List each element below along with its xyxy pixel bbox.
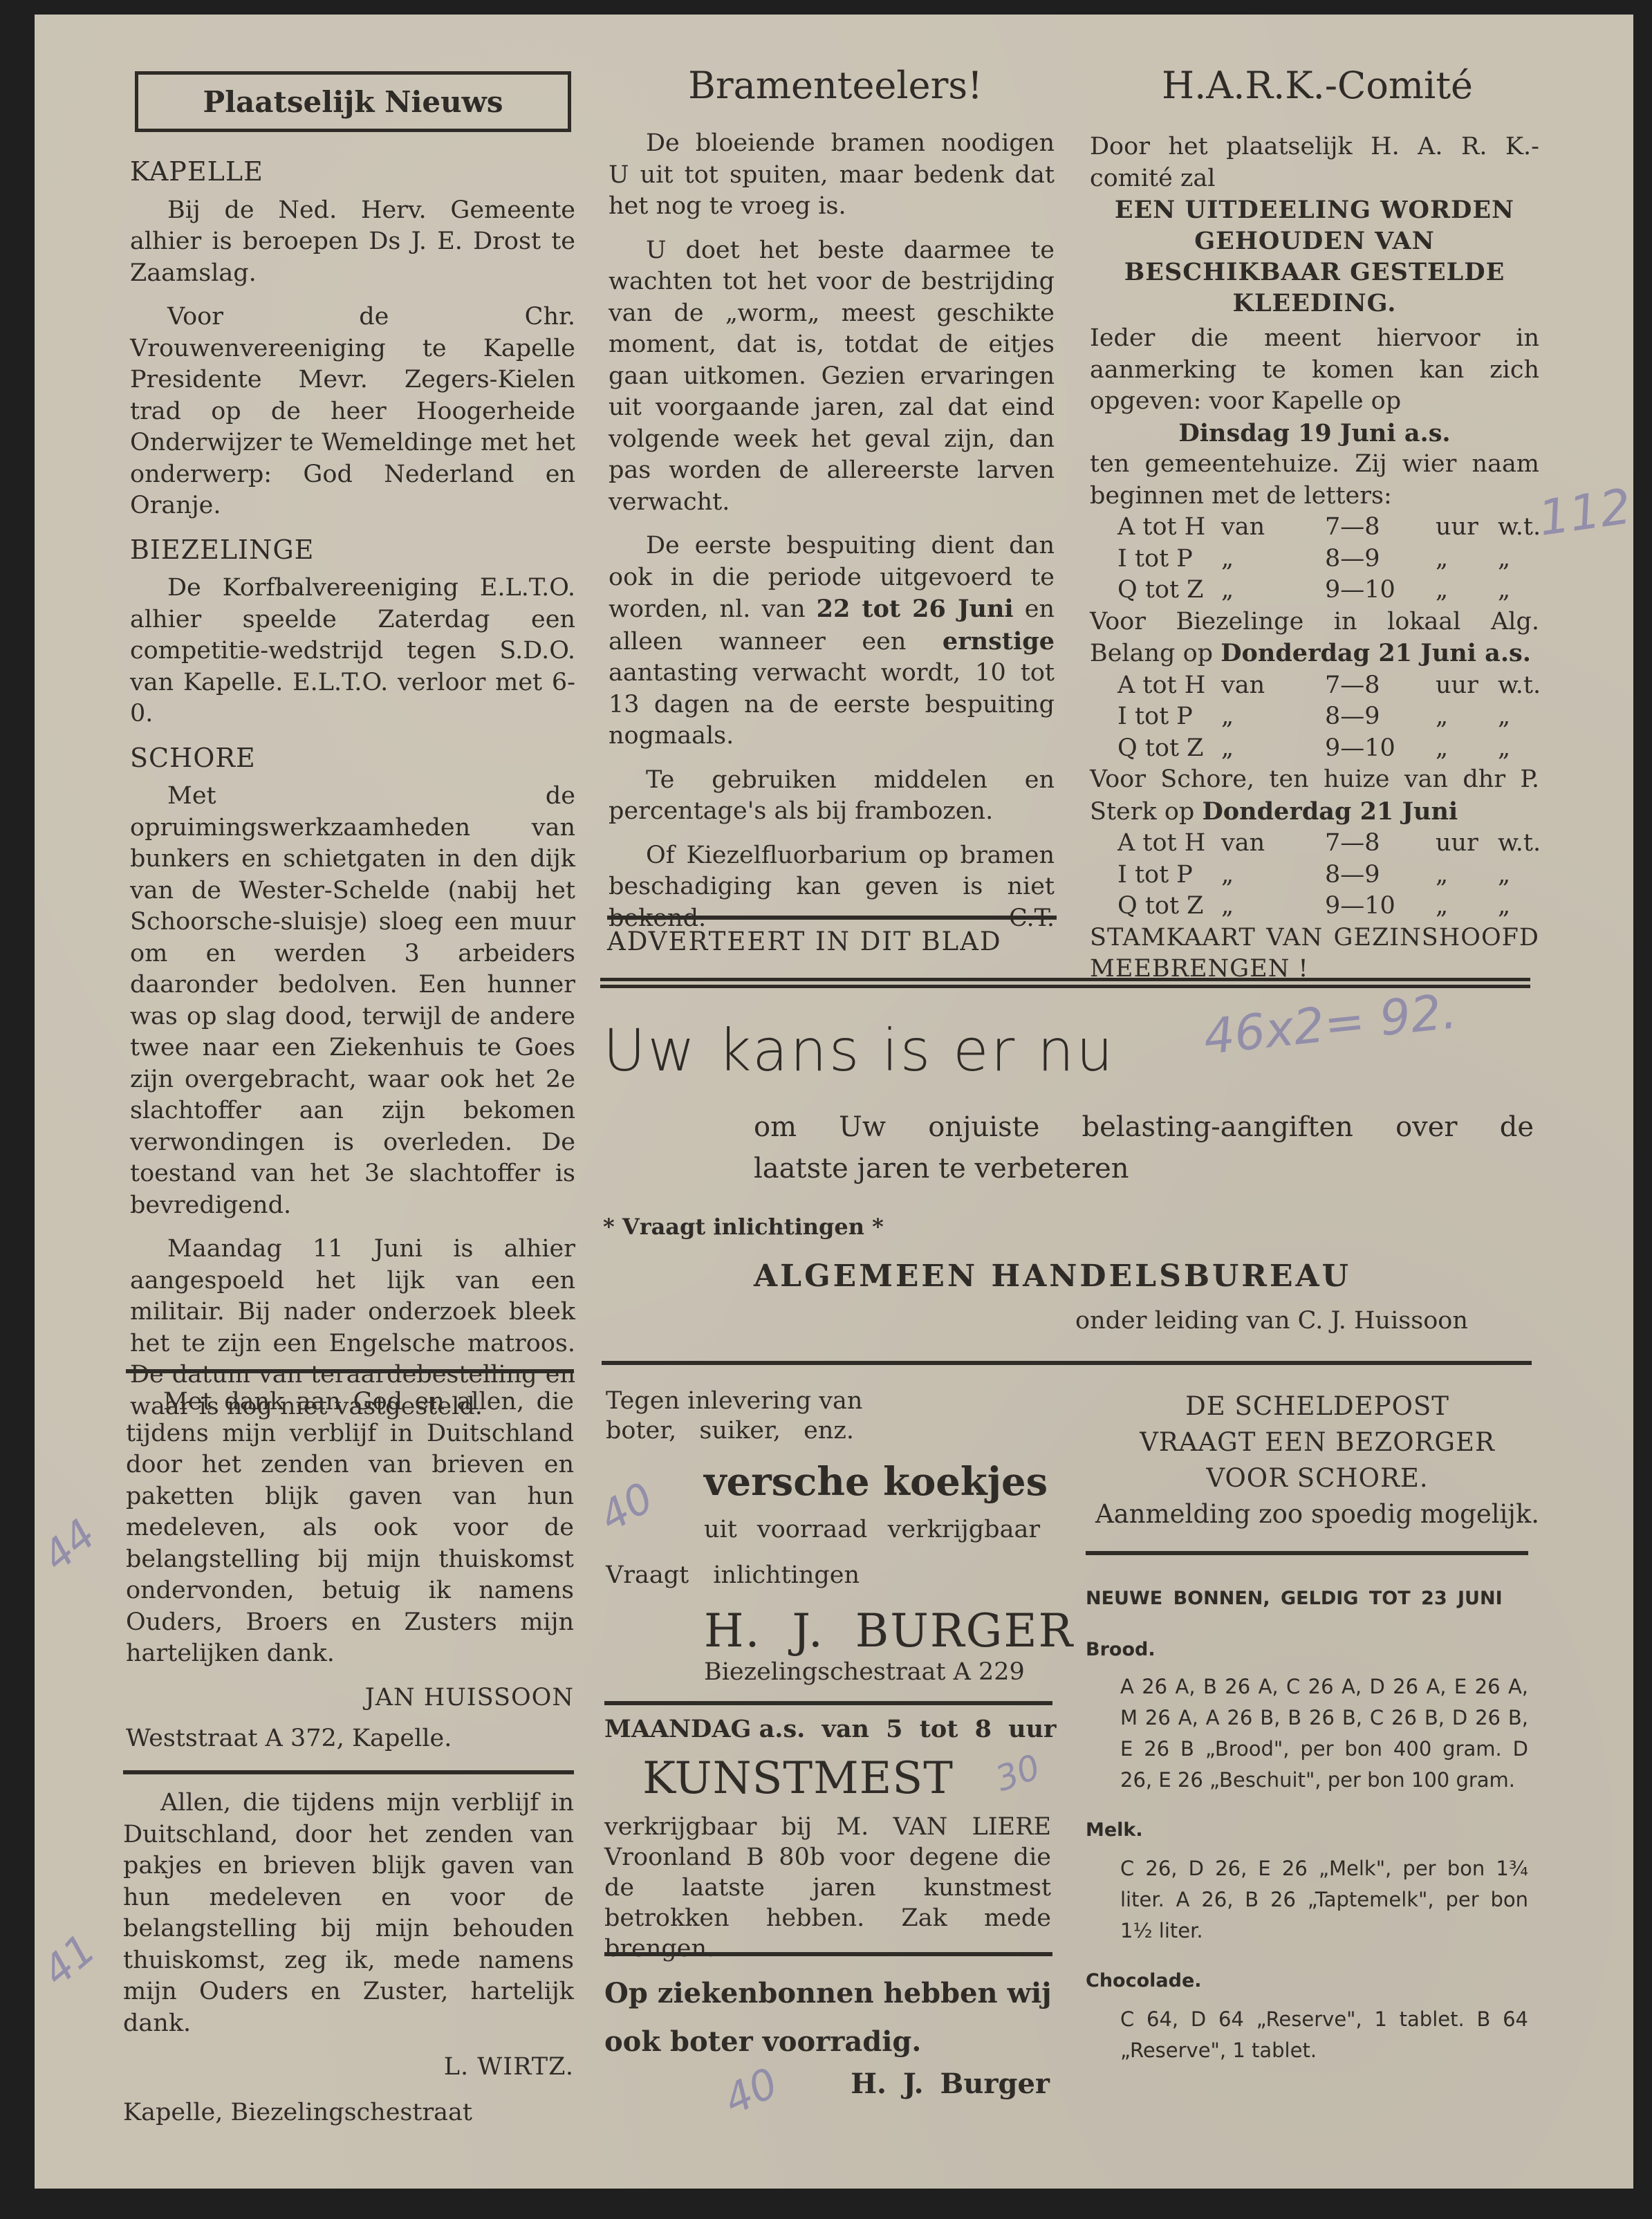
article-paragraph: De bloeiende bramen noodigen U uit tot s…: [609, 128, 1055, 223]
ziekenbonnen-signature: H. J. Burger: [604, 2068, 1050, 2100]
scheldepost-notice: DE SCHELDEPOST VRAAGT EEN BEZORGER VOOR …: [1086, 1389, 1549, 1532]
advertise-banner: ADVERTEERT IN DIT BLAD: [607, 927, 1057, 956]
ad-company-name: ALGEMEEN HANDELSBUREAU: [754, 1259, 1351, 1294]
local-news-column: KAPELLE Bij de Ned. Herv. Gemeente alhie…: [130, 154, 575, 1435]
divider: [604, 1701, 1052, 1705]
time: 7—8: [1325, 828, 1436, 860]
suffix: „: [1498, 544, 1560, 575]
letter-range: Q tot Z: [1117, 575, 1221, 606]
text: verkrijgbaar bij M. VAN LIERE Vroonland …: [604, 1812, 1051, 1964]
time: 7—8: [1325, 512, 1436, 544]
time: 8—9: [1325, 701, 1436, 733]
article-paragraph: De eerste bespuiting dient dan ook in di…: [609, 530, 1055, 752]
seller-address: Biezelingschestraat A 229: [704, 1658, 1025, 1686]
hark-notice: Door het plaatselijk H. A. R. K.-comité …: [1090, 131, 1539, 985]
hark-intro: Door het plaatselijk H. A. R. K.-comité …: [1090, 131, 1539, 194]
unit: uur: [1436, 828, 1498, 860]
letter-range: Q tot Z: [1117, 733, 1221, 765]
bon-details: C 64, D 64 „Reserve", 1 tablet. B 64 „Re…: [1120, 2004, 1528, 2066]
bon-category-melk: Melk.: [1086, 1819, 1528, 1841]
prep: van: [1221, 670, 1325, 702]
news-item: Voor de Chr. Vrouwenvereeniging te Kapel…: [130, 301, 575, 522]
bold-dates: 22 tot 26 Juni: [817, 595, 1014, 623]
divider: [123, 1770, 574, 1774]
news-item: Met de opruimingswerkzaamheden van bunke…: [130, 781, 575, 1221]
prep: „: [1221, 860, 1325, 891]
kapelle-date: Dinsdag 19 Juni a.s.: [1090, 418, 1539, 449]
text: Tegen inlevering van: [606, 1386, 862, 1416]
ad-subline: om Uw onjuiste belasting-aangiften over …: [754, 1106, 1534, 1148]
text: ook boter voorradig.: [604, 2018, 1052, 2066]
thanks-notice-huissoon: Met dank aan God en allen, die tijdens m…: [126, 1386, 574, 1755]
hark-closing: STAMKAART VAN GEZINSHOOFD MEEBRENGEN !: [1090, 922, 1539, 985]
schedule-schore: A tot Hvan7—8uurw.t. I tot P„8—9„„ Q tot…: [1090, 828, 1539, 922]
schedule-kapelle: A tot Hvan7—8uurw.t. I tot P„8—9„„ Q tot…: [1090, 512, 1539, 606]
text: VOOR SCHORE.: [1086, 1460, 1549, 1496]
text: Op ziekenbonnen hebben wij: [604, 1969, 1052, 2018]
place-heading-kapelle: KAPELLE: [130, 156, 575, 188]
time: 8—9: [1325, 860, 1436, 891]
koekjes-product: versche koekjes: [704, 1459, 1048, 1505]
bon-category-brood: Brood.: [1086, 1639, 1528, 1660]
unit: uur: [1436, 512, 1498, 544]
divider: [126, 1369, 574, 1373]
letter-range: A tot H: [1117, 828, 1221, 860]
letter-range: I tot P: [1117, 544, 1221, 575]
time: 7—8: [1325, 670, 1436, 702]
schore-date: Donderdag 21 Juni: [1202, 797, 1458, 826]
time: 8—9: [1325, 544, 1436, 575]
text: aantasting verwacht wordt, 10 tot 13 dag…: [609, 659, 1055, 750]
schore-info: Voor Schore, ten huize van dhr P. Sterk …: [1090, 764, 1539, 828]
place-heading-biezelinge: BIEZELINGE: [130, 535, 575, 566]
text: Vraagt inlichtingen: [622, 1214, 864, 1240]
divider: [602, 1361, 1532, 1365]
letter-range: I tot P: [1117, 860, 1221, 891]
text: Aanmelding zoo spoedig mogelijk.: [1086, 1496, 1549, 1532]
divider: [607, 916, 1057, 920]
prep: „: [1221, 544, 1325, 575]
address: Weststraat A 372, Kapelle.: [126, 1723, 574, 1755]
suffix: „: [1498, 701, 1560, 733]
unit: „: [1436, 575, 1498, 606]
bon-details: C 26, D 26, E 26 „Melk", per bon 1¾ lite…: [1120, 1853, 1528, 1947]
prep: van: [1221, 828, 1325, 860]
address: Kapelle, Biezelingschestraat: [123, 2097, 574, 2129]
double-rule-bottom: [600, 985, 1530, 988]
thanks-body: Allen, die tijdens mijn verblijf in Duit…: [123, 1788, 574, 2039]
unit: uur: [1436, 670, 1498, 702]
kunstmest-when: MAANDAG a.s. van 5 tot 8 uur: [604, 1715, 1052, 1743]
text: boter, suiker, enz.: [606, 1416, 862, 1446]
section-title: Plaatselijk Nieuws: [203, 85, 503, 119]
signature: L. WIRTZ.: [123, 2052, 574, 2083]
seller-name: H. J. BURGER: [704, 1604, 1074, 1658]
news-item: Bij de Ned. Herv. Gemeente alhier is ber…: [130, 195, 575, 290]
hark-distribution-notice: EEN UITDEELING WORDEN GEHOUDEN VAN BESCH…: [1090, 194, 1539, 319]
day: MAANDAG: [604, 1715, 751, 1743]
unit: „: [1436, 891, 1498, 922]
thanks-notice-wirtz: Allen, die tijdens mijn verblijf in Duit…: [123, 1788, 574, 2128]
ad-subline: laatste jaren te verbeteren: [754, 1148, 1129, 1189]
biezelinge-info: Voor Biezelinge in lokaal Alg. Belang op…: [1090, 606, 1539, 670]
suffix: „: [1498, 891, 1560, 922]
suffix: w.t.: [1498, 670, 1560, 702]
text: DE SCHELDEPOST: [1086, 1389, 1549, 1424]
bold-word: ernstige: [943, 627, 1055, 656]
place-heading-schore: SCHORE: [130, 743, 575, 774]
kunstmest-product: KUNSTMEST: [604, 1753, 992, 1804]
unit: „: [1436, 544, 1498, 575]
unit: „: [1436, 701, 1498, 733]
unit: „: [1436, 860, 1498, 891]
time: 9—10: [1325, 575, 1436, 606]
kunstmest-body: verkrijgbaar bij M. VAN LIERE Vroonland …: [604, 1812, 1051, 1964]
time: 9—10: [1325, 891, 1436, 922]
letter-range: A tot H: [1117, 670, 1221, 702]
prep: van: [1221, 512, 1325, 544]
prep: „: [1221, 733, 1325, 765]
news-item: De Korfbalvereeniging E.L.T.O. alhier sp…: [130, 573, 575, 730]
time: a.s. van 5 tot 8 uur: [759, 1715, 1057, 1743]
koekjes-availability: uit voorraad verkrijgbaar: [704, 1516, 1040, 1543]
asterisk-icon: *: [864, 1214, 884, 1240]
double-rule-top: [600, 978, 1530, 981]
time: 9—10: [1325, 733, 1436, 765]
text: VRAAGT EEN BEZORGER: [1086, 1424, 1549, 1460]
prep: „: [1221, 701, 1325, 733]
bon-category-chocolade: Chocolade.: [1086, 1970, 1528, 1991]
hark-title: H.A.R.K.-Comité: [1086, 64, 1549, 107]
bon-details: A 26 A, B 26 A, C 26 A, D 26 A, E 26 A, …: [1120, 1671, 1528, 1796]
letter-range: A tot H: [1117, 512, 1221, 544]
signature: JAN HUISSOON: [126, 1682, 574, 1714]
plaatselijk-nieuws-header: Plaatselijk Nieuws: [135, 71, 571, 132]
prep: „: [1221, 575, 1325, 606]
koekjes-vraagt: Vraagt inlichtingen: [606, 1561, 860, 1589]
suffix: „: [1498, 575, 1560, 606]
bramenteelers-title: Bramenteelers!: [607, 64, 1064, 107]
suffix: „: [1498, 733, 1560, 765]
divider: [604, 1952, 1052, 1956]
bramenteelers-article: De bloeiende bramen noodigen U uit tot s…: [609, 128, 1055, 935]
asterisk-icon: *: [603, 1214, 622, 1240]
koekjes-intro: Tegen inlevering van boter, suiker, enz.: [606, 1386, 862, 1446]
suffix: w.t.: [1498, 828, 1560, 860]
suffix: „: [1498, 860, 1560, 891]
schedule-biezelinge: A tot Hvan7—8uurw.t. I tot P„8—9„„ Q tot…: [1090, 670, 1539, 765]
divider: [1086, 1551, 1528, 1555]
ad-vraagt: * Vraagt inlichtingen *: [603, 1214, 884, 1240]
letter-range: I tot P: [1117, 701, 1221, 733]
article-paragraph: Te gebruiken middelen en percentage's al…: [609, 765, 1055, 828]
biezelinge-date: Donderdag 21 Juni a.s.: [1221, 639, 1531, 667]
hark-instructions: Ieder die meent hiervoor in aanmerking t…: [1090, 323, 1539, 418]
kapelle-place: ten gemeentehuize. Zij wier naam beginne…: [1090, 449, 1539, 512]
letter-range: Q tot Z: [1117, 891, 1221, 922]
ad-management: onder leiding van C. J. Huissoon: [1075, 1307, 1468, 1335]
bonnen-list: Brood. A 26 A, B 26 A, C 26 A, D 26 A, E…: [1086, 1639, 1528, 2066]
bonnen-title: NEUWE BONNEN, GELDIG TOT 23 JUNI: [1086, 1588, 1528, 1609]
prep: „: [1221, 891, 1325, 922]
ziekenbonnen-notice: Op ziekenbonnen hebben wij ook boter voo…: [604, 1969, 1052, 2066]
unit: „: [1436, 733, 1498, 765]
ad-headline: Uw kans is er nu: [603, 1016, 1115, 1084]
thanks-body: Met dank aan God en allen, die tijdens m…: [126, 1386, 574, 1670]
article-paragraph: U doet het beste daarmee te wachten tot …: [609, 235, 1055, 519]
